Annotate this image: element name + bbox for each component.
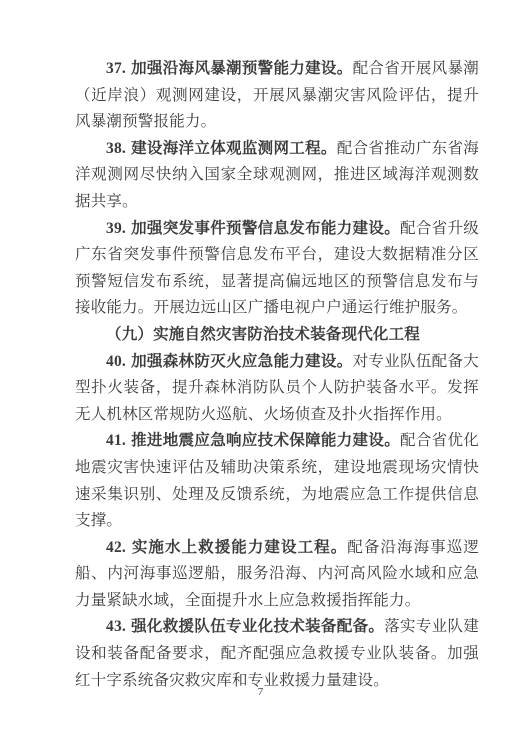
paragraph-38-number: 38. — [106, 140, 126, 157]
paragraph-41: 41.推进地震应急响应技术保障能力建设。配合省优化地震灾害快速评估及辅助决策系统… — [75, 428, 479, 534]
page-number: 7 — [0, 686, 521, 698]
paragraph-40-number: 40. — [106, 353, 126, 370]
paragraph-37-number: 37. — [106, 60, 126, 77]
paragraph-43: 43.强化救援队伍专业化技术装备配备。落实专业队建设和装备配备要求，配齐配强应急… — [75, 614, 479, 694]
paragraph-38: 38.建设海洋立体观监测网工程。配合省推动广东省海洋观测网尽快纳入国家全球观测网… — [75, 136, 479, 216]
paragraph-37-lead: 加强沿海风暴潮预警能力建设。 — [131, 60, 353, 77]
section-heading-9: （九）实施自然灾害防治技术装备现代化工程 — [75, 322, 479, 349]
paragraph-41-number: 41. — [106, 432, 126, 449]
paragraph-39-lead: 加强突发事件预警信息发布能力建设。 — [131, 220, 400, 237]
paragraph-42-lead: 实施水上救援能力建设工程。 — [131, 539, 347, 556]
paragraph-37: 37.加强沿海风暴潮预警能力建设。配合省开展风暴潮（近岸浪）观测网建设，开展风暴… — [75, 56, 479, 136]
paragraph-42: 42.实施水上救援能力建设工程。配备沿海海事巡逻船、内河海事巡逻船，服务沿海、内… — [75, 535, 479, 615]
paragraph-40-lead: 加强森林防灭火应急能力建设。 — [131, 353, 353, 370]
paragraph-39: 39.加强突发事件预警信息发布能力建设。配合省升级广东省突发事件预警信息发布平台… — [75, 216, 479, 322]
document-content: 37.加强沿海风暴潮预警能力建设。配合省开展风暴潮（近岸浪）观测网建设，开展风暴… — [75, 56, 479, 694]
paragraph-43-number: 43. — [106, 618, 126, 635]
paragraph-39-number: 39. — [106, 220, 126, 237]
document-page: 37.加强沿海风暴潮预警能力建设。配合省开展风暴潮（近岸浪）观测网建设，开展风暴… — [0, 0, 521, 731]
paragraph-38-lead: 建设海洋立体观监测网工程。 — [131, 140, 337, 157]
paragraph-41-lead: 推进地震应急响应技术保障能力建设。 — [131, 432, 400, 449]
paragraph-40: 40.加强森林防灭火应急能力建设。对专业队伍配备大型扑火装备，提升森林消防队员个… — [75, 349, 479, 429]
paragraph-43-lead: 强化救援队伍专业化技术装备配备。 — [131, 618, 384, 635]
paragraph-42-number: 42. — [106, 539, 126, 556]
